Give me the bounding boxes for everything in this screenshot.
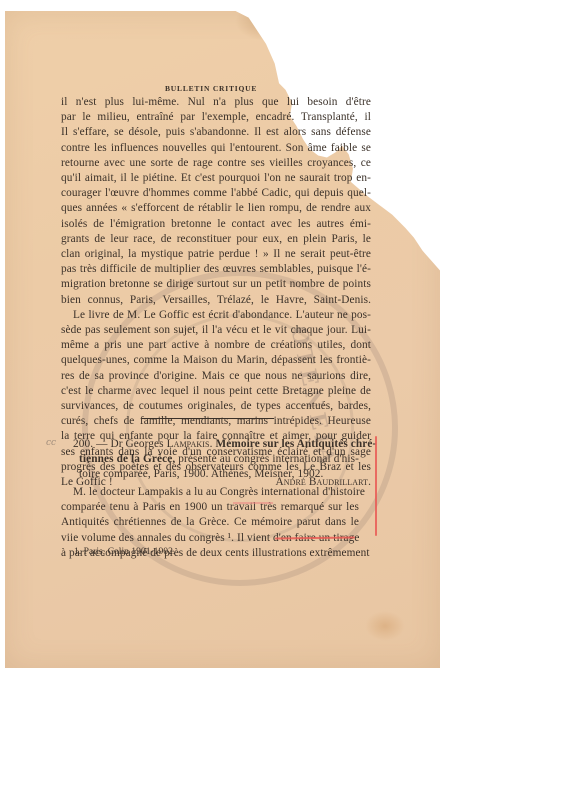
text-line: isolés de l'émigration bretonne le conta…: [61, 217, 371, 232]
text-line: res de sa province d'origine. Mais ce qu…: [61, 369, 371, 384]
text-line: sède pas seulement son sujet, il l'a véc…: [61, 323, 371, 338]
text-line: bien connus, Paris, Versailles, Trélazé,…: [61, 293, 371, 308]
text-line: clan original, la mystique patrie perdue…: [61, 247, 371, 262]
bibliography-entry: 200. — Dr Georges Lampakis. Mémoire sur …: [61, 437, 359, 483]
red-pencil-underline: [233, 502, 273, 504]
paper-stain: [365, 611, 405, 641]
paper-stain: [235, 1, 295, 41]
pencil-annotation: cc: [46, 438, 56, 448]
review-body: il n'est plus lui-même. Nul n'a plus que…: [61, 95, 371, 490]
author-title: Dr: [110, 438, 122, 450]
text-line: Antiquités chrétiennes de la Grèce. Ce m…: [61, 515, 359, 530]
text-line: c'est le charme avec lequel il nous pein…: [61, 384, 371, 399]
text-line: Il s'effare, se désole, puis s'abandonne…: [61, 125, 371, 140]
entry-line: 200. — Dr Georges Lampakis. Mémoire sur …: [61, 437, 359, 452]
section-divider: [142, 418, 274, 419]
text-line: curés, chefs de famille, mendiants, mari…: [61, 414, 371, 429]
entry-line: tiennes de la Grèce, présenté au congrès…: [61, 452, 359, 467]
text-line: ques années « s'efforcent de rétablir le…: [61, 201, 371, 216]
text-line: M. le docteur Lampakis a lu au Congrès i…: [61, 485, 359, 500]
text-line: il n'est plus lui-même. Nul n'a plus que…: [61, 95, 371, 110]
entry-number: 200.: [73, 438, 93, 450]
text-line: contre les influences nouvelles qui l'en…: [61, 141, 371, 156]
text-line: quelques-unes, comme la Maison du Marin,…: [61, 353, 371, 368]
entry-line: toire comparée, Paris, 1900. Athènes, Me…: [61, 467, 359, 482]
author-first-name: Georges: [126, 438, 164, 450]
text-line: par le milieu, entraîné par l'exemple, e…: [61, 110, 371, 125]
entry-dash: —: [96, 438, 107, 450]
text-line: migration bretonne se dirige surtout sur…: [61, 277, 371, 292]
text-line: grants de leur race, de reconstituer pou…: [61, 232, 371, 247]
text-line: courager l'œuvre d'hommes comme l'abbé C…: [61, 186, 371, 201]
text-line: retourne avec une sorte de rage contre s…: [61, 156, 371, 171]
author-last-name: Lampakis.: [167, 438, 213, 450]
text-line: même a pris une part active à nombre de …: [61, 338, 371, 353]
footnote: 1. Paris, Colin 1901-1902.: [74, 546, 175, 557]
text-line: survivances, de coutumes originales, de …: [61, 399, 371, 414]
text-line: Le livre de M. Le Goffic est écrit d'abo…: [61, 308, 371, 323]
red-pencil-margin-mark: [375, 436, 377, 536]
work-title-cont: tiennes de la Grèce,: [79, 453, 175, 465]
text-line: pas très difficile de multiplier des œuv…: [61, 262, 371, 277]
work-title: Mémoire sur les Antiquités chré-: [215, 438, 376, 450]
entry-details: présenté au congrès international d'his-: [178, 453, 359, 465]
running-head: BULLETIN CRITIQUE: [165, 84, 257, 93]
text-line: comparée tenu à Paris en 1900 un travail…: [61, 500, 359, 515]
text-line: qu'il aimait, il le piétine. Et c'est po…: [61, 171, 371, 186]
